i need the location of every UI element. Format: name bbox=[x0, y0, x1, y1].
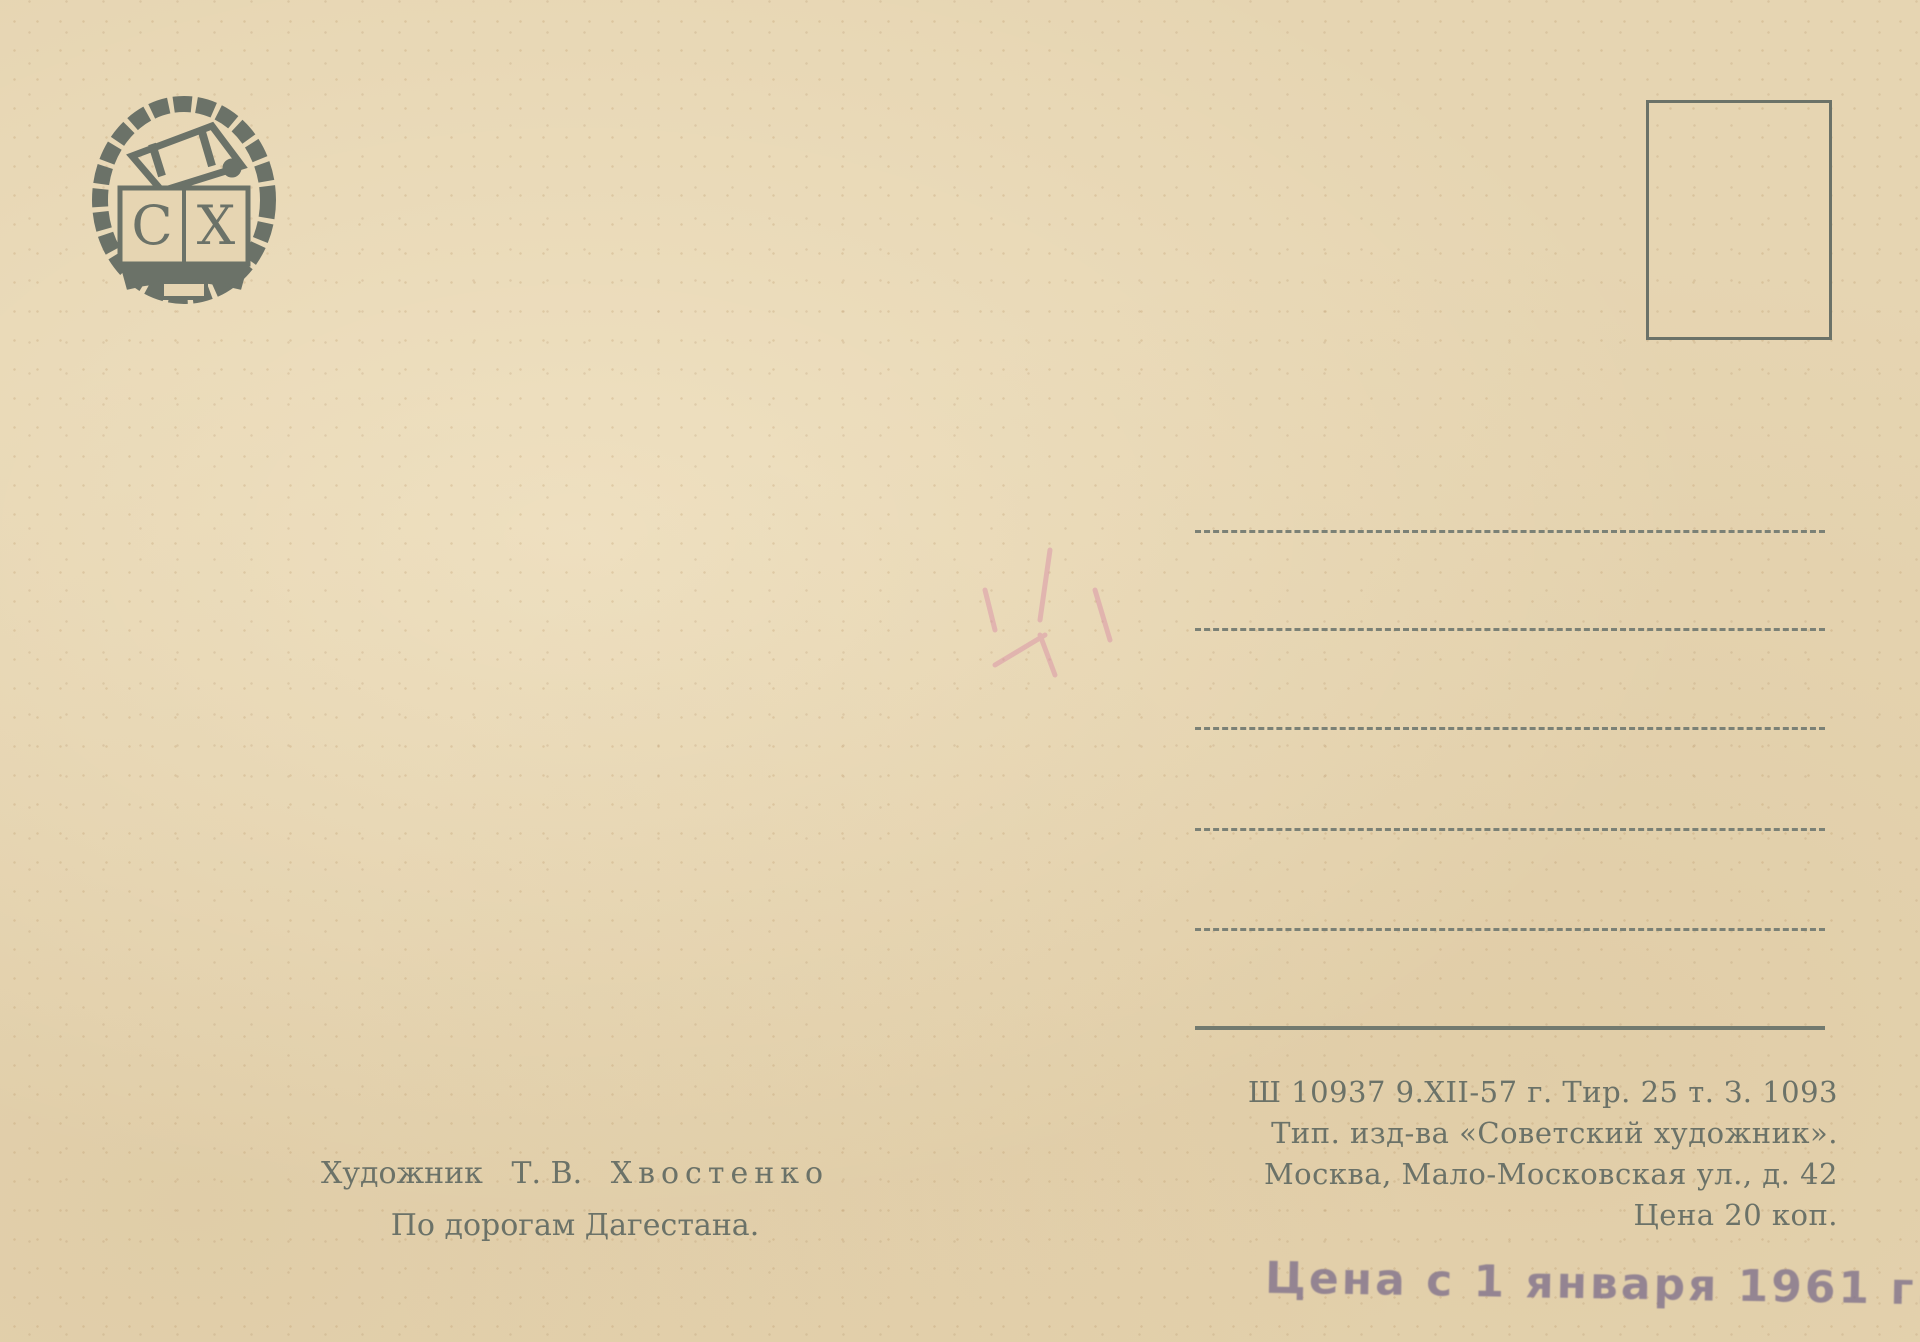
address-line-6 bbox=[1195, 1026, 1825, 1030]
logo-letter-s: С bbox=[131, 194, 172, 257]
artist-line: Художник Т. В. Хвостенко bbox=[250, 1148, 900, 1200]
address-line-2 bbox=[1195, 628, 1825, 631]
postage-stamp-box bbox=[1646, 100, 1832, 340]
artist-credit: Художник Т. В. Хвостенко По дорогам Даге… bbox=[250, 1148, 900, 1252]
address-line-5 bbox=[1195, 928, 1825, 931]
postcard-back: С Х Художник Т. В. Хвостенко По дорогам … bbox=[0, 0, 1920, 1342]
logo-letter-kh: Х bbox=[197, 194, 236, 257]
address-line-4 bbox=[1195, 828, 1825, 831]
imprint-line-1: Ш 10937 9.XII-57 г. Тир. 25 т. З. 1093 bbox=[1248, 1072, 1838, 1113]
imprint-line-3: Москва, Мало-Московская ул., д. 42 bbox=[1248, 1154, 1838, 1195]
publisher-imprint: Ш 10937 9.XII-57 г. Тир. 25 т. З. 1093 Т… bbox=[1248, 1072, 1838, 1236]
imprint-line-2: Тип. изд-ва «Советский художник». bbox=[1248, 1113, 1838, 1154]
pink-ink-mark bbox=[935, 530, 1115, 680]
address-line-3 bbox=[1195, 727, 1825, 730]
address-line-1 bbox=[1195, 530, 1825, 533]
artist-surname: Хвостенко bbox=[611, 1156, 829, 1191]
sovetsky-khudozhnik-emblem-icon: С Х bbox=[92, 96, 276, 304]
artist-prefix: Художник bbox=[321, 1156, 483, 1191]
imprint-price: Цена 20 коп. bbox=[1248, 1195, 1838, 1236]
artist-initials: Т. В. bbox=[511, 1156, 582, 1191]
reprice-stamp: Цена с 1 января 1961 г. 2 коп. bbox=[1265, 1252, 1920, 1318]
artwork-title: По дорогам Дагестана. bbox=[250, 1200, 900, 1252]
